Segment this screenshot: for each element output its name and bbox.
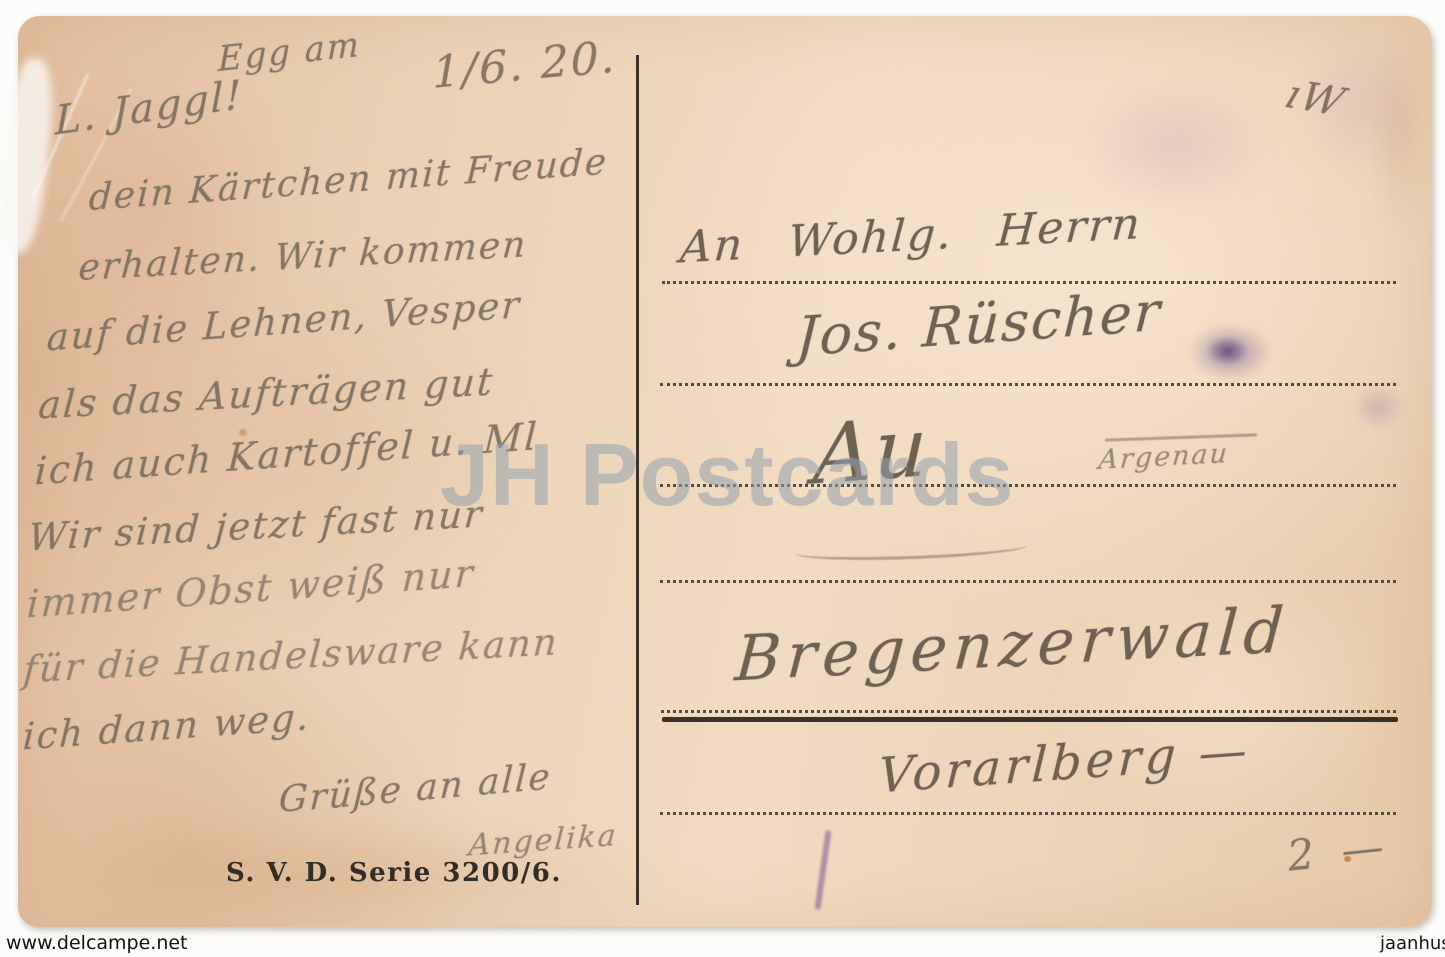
delcampe-watermark: www.delcampe.net bbox=[6, 932, 188, 954]
address-dotted-line bbox=[660, 812, 1396, 815]
address-dotted-line bbox=[660, 383, 1396, 386]
jh-postcards-watermark: JH Postcards bbox=[440, 424, 1014, 526]
address-dotted-line bbox=[662, 281, 1396, 284]
postcard-scan: S. V. D. Serie 3200/6. Egg am 1/6. 20. L… bbox=[0, 0, 1445, 957]
price-annotation: 2 — bbox=[1285, 822, 1388, 881]
jaanhus-watermark: jaanhus bbox=[1380, 933, 1445, 954]
address-underline-bar bbox=[662, 717, 1398, 722]
address-dotted-line bbox=[661, 710, 1396, 713]
address-dotted-line bbox=[660, 580, 1396, 583]
publisher-imprint: S. V. D. Serie 3200/6. bbox=[226, 858, 562, 888]
